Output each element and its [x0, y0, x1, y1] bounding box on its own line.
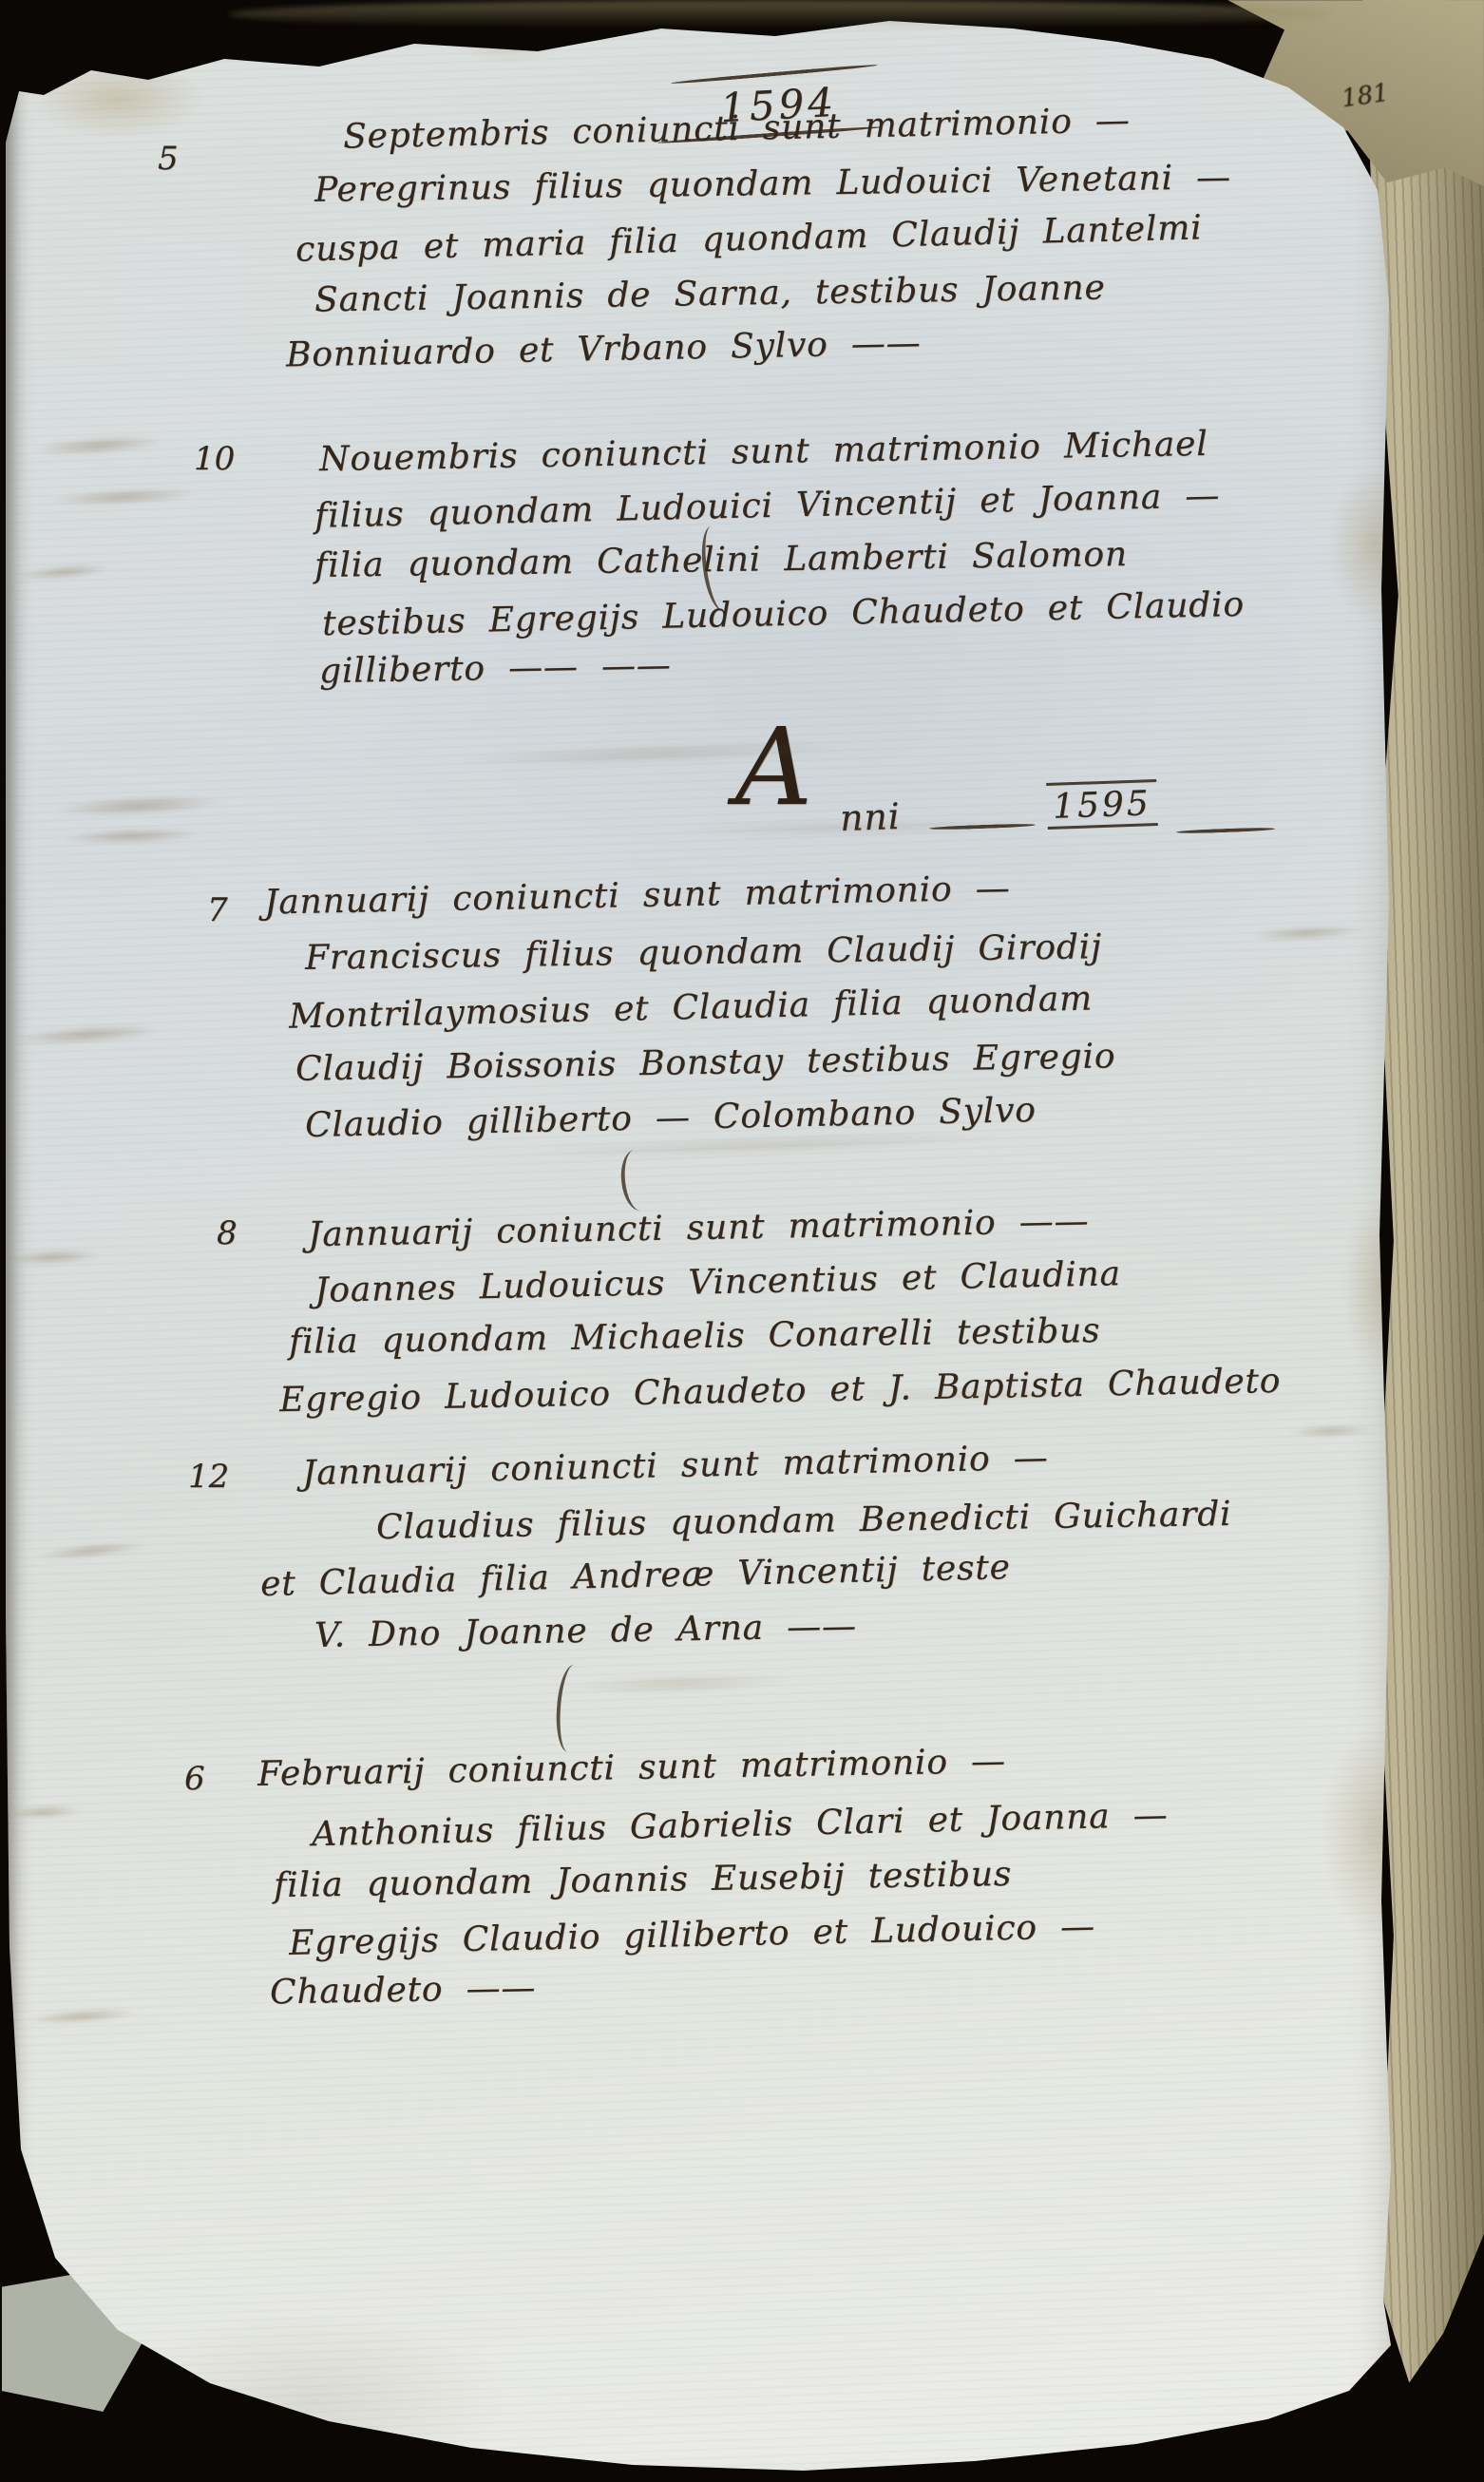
torn-top-edge-fibres [228, 0, 1330, 29]
margin-day-number: 8 [217, 1214, 238, 1252]
margin-day-number: 10 [194, 440, 235, 478]
margin-day-number: 5 [158, 140, 179, 178]
manuscript-line: Chaudeto —— [270, 1969, 537, 2013]
anni-decorated-initial: A [735, 715, 812, 821]
year-header-1595: 1595 [1046, 779, 1157, 830]
ink-bleedthrough-mark [804, 1387, 1146, 1403]
margin-day-number: 7 [207, 891, 228, 929]
manuscript-photo: 181 1594 5 Septembris coniuncti sunt mat… [0, 0, 1484, 2482]
register-page: 1594 5 Septembris coniuncti sunt matrimo… [6, 0, 1402, 2476]
manuscript-line: gilliberto —— —— [319, 646, 672, 691]
year-1595-text: 1595 [1046, 779, 1157, 830]
folio-number: 181 [1340, 79, 1390, 114]
margin-day-number: 6 [184, 1760, 205, 1798]
margin-day-number: 12 [188, 1458, 229, 1496]
